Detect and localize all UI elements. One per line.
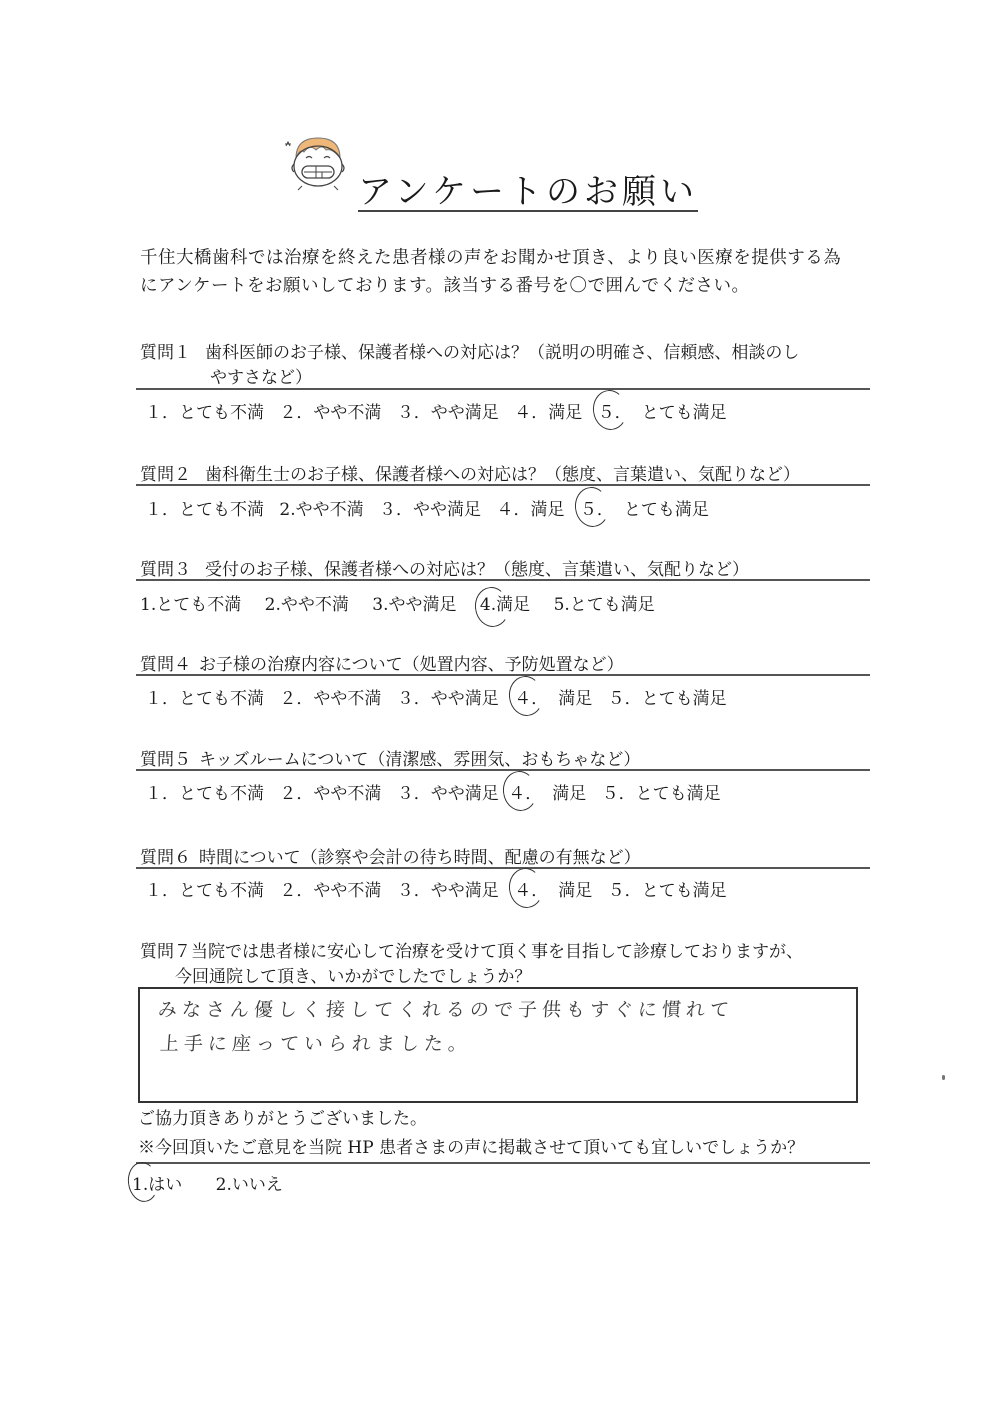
selection-circle [590, 388, 629, 432]
option-3[interactable]: ３．やや満足 [397, 684, 499, 709]
question-5: 質問５キッズルームについて（清潔感、雰囲気、おもちゃなど） [140, 745, 640, 770]
intro-line-1: 千住大橋歯科では治療を終えた患者様の声をお聞かせ頂き、より良い医療を提供する為 [140, 244, 870, 272]
rating-options-q2[interactable]: １．とても不満 2.やや不満 ３．やや満足 ４．満足 ５．とても満足 [145, 495, 719, 520]
rating-options-q3[interactable]: 1.とても不満 2.やや不満 3.やや満足 4.満足 5.とても満足 [140, 590, 665, 615]
intro-line-2: にアンケートをお願いしております。該当する番号を〇で囲んでください。 [140, 272, 870, 300]
option-5[interactable]: ５．とても満足 [608, 876, 727, 901]
option-5-selected[interactable]: ５． [598, 398, 632, 423]
option-1[interactable]: １．とても不満 [145, 495, 264, 520]
question-label: 質問７ [140, 942, 191, 962]
question-1-cont: やすさなど） [210, 363, 312, 388]
selection-circle [501, 769, 540, 813]
option-5[interactable]: 5.とても満足 [554, 590, 655, 615]
consent-options[interactable]: 1.はい 2.いいえ [132, 1170, 293, 1195]
question-3: 質問３受付のお子様、保護者様への対応は？（態度、言葉遣い、気配りなど） [140, 555, 749, 580]
option-2[interactable]: 2.やや不満 [279, 495, 363, 520]
option-3[interactable]: ３．やや満足 [397, 779, 499, 804]
option-1[interactable]: １．とても不満 [145, 876, 264, 901]
option-2[interactable]: ２．やや不満 [279, 876, 381, 901]
thanks-message: ご協力頂きありがとうございました。 [138, 1104, 427, 1129]
survey-header: アンケートのお願い [282, 130, 702, 210]
option-5[interactable]: ５．とても満足 [608, 684, 727, 709]
option-5-selected[interactable]: ５． [580, 495, 614, 520]
question-7-cont: 今回通院して頂き、いかがでしたでしょうか？ [175, 962, 531, 987]
option-1[interactable]: 1.とても不満 [140, 590, 241, 615]
handwritten-answer-line-1: みなさん優しく接してくれるので子供もすぐに慣れて [157, 995, 735, 1022]
option-5-label: とても満足 [642, 398, 727, 423]
divider [136, 579, 870, 581]
intro-text: 千住大橋歯科では治療を終えた患者様の声をお聞かせ頂き、より良い医療を提供する為 … [140, 244, 870, 300]
option-3[interactable]: ３．やや満足 [397, 876, 499, 901]
option-1[interactable]: １．とても不満 [145, 779, 264, 804]
consent-no[interactable]: 2.いいえ [216, 1170, 283, 1195]
free-answer-box[interactable]: みなさん優しく接してくれるので子供もすぐに慣れて 上手に座っていられました。 [138, 987, 858, 1103]
option-3[interactable]: 3.やや満足 [372, 590, 456, 615]
scan-speck [942, 1075, 945, 1080]
option-4-selected[interactable]: 4. [480, 595, 496, 615]
divider [136, 674, 870, 676]
option-3[interactable]: ３．やや満足 [397, 398, 499, 423]
selection-circle [507, 674, 546, 718]
option-4-selected[interactable]: ４． [508, 779, 542, 804]
option-4-selected[interactable]: ４． [514, 684, 548, 709]
option-4-label: 満足 [558, 876, 592, 901]
option-2[interactable]: 2.やや不満 [265, 590, 349, 615]
option-3[interactable]: ３．やや満足 [379, 495, 481, 520]
question-text: 歯科医師のお子様、保護者様への対応は？（説明の明確さ、信頼感、相談のし [205, 343, 799, 363]
option-4-label: 満足 [552, 779, 586, 804]
selection-circle [125, 1160, 160, 1204]
option-1[interactable]: １．とても不満 [145, 684, 264, 709]
question-label: 質問３ [140, 560, 191, 580]
option-2[interactable]: ２．やや不満 [279, 398, 381, 423]
question-text: 受付のお子様、保護者様への対応は？（態度、言葉遣い、気配りなど） [205, 560, 749, 580]
option-2[interactable]: ２．やや不満 [279, 684, 381, 709]
page-title: アンケートのお願い [358, 164, 698, 213]
question-label: 質問５ [140, 750, 191, 770]
divider [136, 388, 870, 390]
question-2: 質問２歯科衛生士のお子様、保護者様への対応は？（態度、言葉遣い、気配りなど） [140, 460, 800, 485]
option-4-selected[interactable]: ４． [514, 876, 548, 901]
title-underline [358, 210, 698, 212]
question-text: 時間について（診察や会計の待ち時間、配慮の有無など） [199, 848, 641, 868]
option-4[interactable]: ４．満足 [514, 398, 582, 423]
option-2[interactable]: ２．やや不満 [279, 779, 381, 804]
consent-question: ※今回頂いたご意見を当院 HP 患者さまの声に掲載させて頂いても宜しいでしょうか… [138, 1133, 804, 1158]
divider [136, 769, 870, 771]
question-label: 質問６ [140, 848, 191, 868]
question-7: 質問７当院では患者様に安心して治療を受けて頂く事を目指して診療しておりますが、 [140, 937, 803, 962]
question-4: 質問４お子様の治療内容について（処置内容、予防処置など） [140, 650, 624, 675]
divider [136, 867, 870, 869]
rating-options-q4[interactable]: １．とても不満 ２．やや不満 ３．やや満足 ４．満足 ５．とても満足 [145, 684, 737, 709]
option-4[interactable]: ４．満足 [496, 495, 564, 520]
question-label: 質問１ [140, 343, 191, 363]
question-1: 質問１歯科医師のお子様、保護者様への対応は？（説明の明確さ、信頼感、相談のし [140, 338, 799, 363]
selection-circle [507, 866, 546, 910]
question-label: 質問４ [140, 655, 191, 675]
rating-options-q1[interactable]: １．とても不満 ２．やや不満 ３．やや満足 ４．満足 ５．とても満足 [145, 398, 737, 423]
divider [136, 484, 870, 486]
question-text: お子様の治療内容について（処置内容、予防処置など） [199, 655, 624, 675]
question-text: 歯科衛生士のお子様、保護者様への対応は？（態度、言葉遣い、気配りなど） [205, 465, 800, 485]
consent-yes-selected[interactable]: 1.はい [132, 1170, 182, 1195]
option-5-label: とても満足 [624, 495, 709, 520]
option-1[interactable]: １．とても不満 [145, 398, 264, 423]
question-6: 質問６時間について（診察や会計の待ち時間、配慮の有無など） [140, 843, 641, 868]
handwritten-answer-line-2: 上手に座っていられました。 [159, 1029, 473, 1056]
selection-circle [572, 485, 611, 529]
divider [136, 1162, 870, 1164]
rating-options-q6[interactable]: １．とても不満 ２．やや不満 ３．やや満足 ４．満足 ５．とても満足 [145, 876, 737, 901]
option-4-label: 満足 [496, 590, 530, 615]
rating-options-q5[interactable]: １．とても不満 ２．やや不満 ３．やや満足 ４．満足 ５．とても満足 [145, 779, 731, 804]
question-text: 当院では患者様に安心して治療を受けて頂く事を目指して診療しておりますが、 [191, 942, 803, 962]
smiling-child-face-icon [282, 134, 352, 192]
option-5[interactable]: ５．とても満足 [602, 779, 721, 804]
option-4-label: 満足 [558, 684, 592, 709]
question-label: 質問２ [140, 465, 191, 485]
question-text: キッズルームについて（清潔感、雰囲気、おもちゃなど） [199, 750, 640, 770]
